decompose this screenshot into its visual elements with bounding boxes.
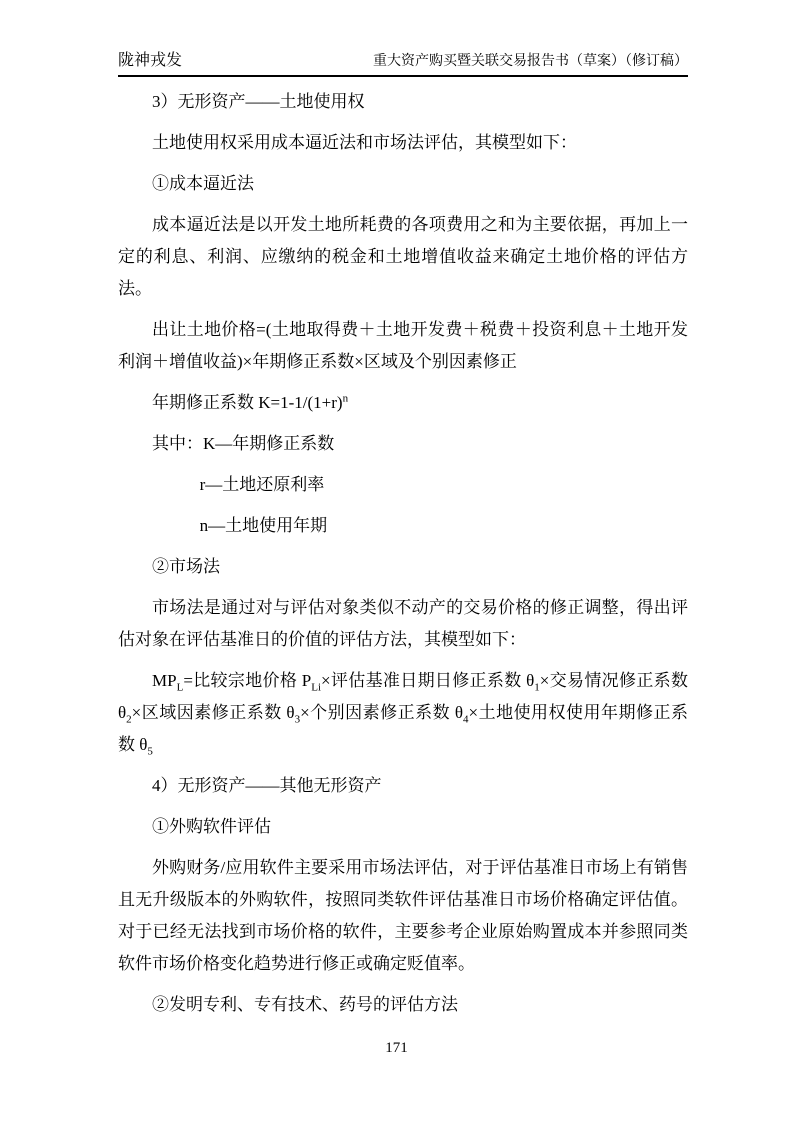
page-footer: 171 [0, 1038, 793, 1058]
paragraph: n—土地使用年期 [118, 510, 688, 542]
paragraph: r—土地还原利率 [118, 469, 688, 501]
paragraph: 土地使用权采用成本逼近法和市场法评估，其模型如下： [118, 127, 688, 159]
paragraph: MPL=比较宗地价格 PLi×评估基准日期日修正系数 θ1×交易情况修正系数 θ… [118, 665, 688, 761]
paragraph: 市场法是通过对与评估对象类似不动产的交易价格的修正调整，得出评估对象在评估基准日… [118, 592, 688, 656]
page-number: 171 [385, 1040, 408, 1056]
paragraph: 年期修正系数 K=1-1/(1+r)n [118, 387, 688, 419]
document-page: 陇神戎发 重大资产购买暨关联交易报告书（草案）（修订稿） 3）无形资产——土地使… [0, 0, 793, 1122]
paragraph: ①外购软件评估 [118, 811, 688, 843]
report-title: 重大资产购买暨关联交易报告书（草案）（修订稿） [373, 53, 688, 70]
paragraph: 4）无形资产——其他无形资产 [118, 770, 688, 802]
paragraph: 3）无形资产——土地使用权 [118, 86, 688, 118]
company-name: 陇神戎发 [118, 52, 182, 70]
paragraph: ①成本逼近法 [118, 168, 688, 200]
paragraph: ②发明专利、专有技术、药号的评估方法 [118, 989, 688, 1021]
paragraph: 外购财务/应用软件主要采用市场法评估，对于评估基准日市场上有销售且无升级版本的外… [118, 852, 688, 980]
paragraph: 其中：K—年期修正系数 [118, 428, 688, 460]
paragraph: ②市场法 [118, 551, 688, 583]
paragraph: 出让土地价格=(土地取得费＋土地开发费＋税费＋投资利息＋土地开发利润＋增值收益)… [118, 314, 688, 378]
page-header: 陇神戎发 重大资产购买暨关联交易报告书（草案）（修订稿） [118, 52, 688, 77]
document-body: 3）无形资产——土地使用权土地使用权采用成本逼近法和市场法评估，其模型如下：①成… [118, 86, 688, 1030]
paragraph: 成本逼近法是以开发土地所耗费的各项费用之和为主要依据，再加上一定的利息、利润、应… [118, 209, 688, 305]
